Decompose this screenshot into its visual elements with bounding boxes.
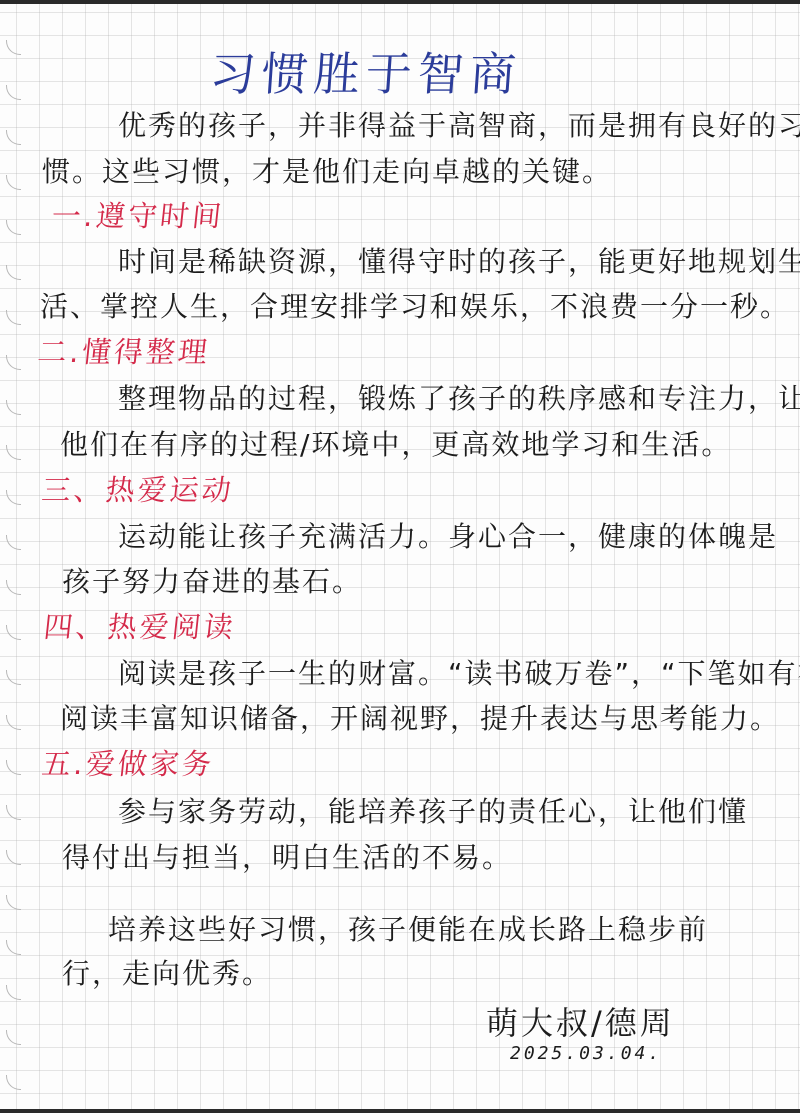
binder-ring-icon: [6, 670, 21, 685]
signature-date: 2025.03.04.: [510, 1043, 662, 1064]
binder-ring-icon: [6, 220, 21, 235]
binder-ring-icon: [6, 715, 21, 730]
binder-ring-icon: [6, 580, 21, 595]
binder-ring-icon: [6, 940, 21, 955]
binder-ring-icon: [6, 130, 21, 145]
bottom-edge-bar: [0, 1109, 800, 1113]
section-heading-5: 五.爱做家务: [40, 742, 217, 783]
binder-ring-icon: [6, 40, 21, 55]
conclusion-line-1: 培养这些好习惯，孩子便能在成长路上稳步前: [108, 908, 708, 948]
section-2-line-1: 整理物品的过程，锻炼了孩子的秩序感和专注力，让: [118, 377, 800, 417]
binder-ring-icon: [6, 400, 21, 415]
section-1-line-1: 时间是稀缺资源，懂得守时的孩子，能更好地规划生: [118, 240, 800, 280]
author-signature: 萌大叔/德周: [486, 998, 675, 1044]
intro-line-2: 惯。这些习惯，才是他们走向卓越的关键。: [42, 150, 612, 190]
section-2-line-2: 他们在有序的过程/环境中，更高效地学习和生活。: [60, 423, 731, 463]
section-3-line-2: 孩子努力奋进的基石。: [62, 560, 362, 600]
section-4-line-2: 阅读丰富知识储备，开阔视野，提升表达与思考能力。: [60, 697, 780, 737]
section-3-line-1: 运动能让孩子充满活力。身心合一，健康的体魄是: [118, 515, 778, 555]
binder-ring-icon: [6, 625, 21, 640]
binder-ring-icon: [6, 1030, 21, 1045]
binder-ring-icon: [6, 355, 21, 370]
binder-ring-icon: [6, 490, 21, 505]
conclusion-line-2: 行，走向优秀。: [62, 952, 272, 992]
section-5-line-2: 得付出与担当，明白生活的不易。: [62, 836, 512, 876]
section-1-line-2: 活、掌控人生，合理安排学习和娱乐，不浪费一分一秒。: [40, 285, 790, 325]
page-title: 习惯胜于智商: [208, 38, 525, 104]
section-heading-1: 一.遵守时间: [50, 194, 227, 235]
section-heading-2: 二.懂得整理: [36, 330, 213, 371]
intro-line-1: 优秀的孩子，并非得益于高智商，而是拥有良好的习: [118, 104, 800, 144]
binder-ring-icon: [6, 850, 21, 865]
binder-ring-icon: [6, 85, 21, 100]
binder-ring-icon: [6, 760, 21, 775]
binder-ring-icon: [6, 1075, 21, 1090]
binder-ring-icon: [6, 535, 21, 550]
binder-ring-icon: [6, 445, 21, 460]
binder-ring-icon: [6, 310, 21, 325]
section-4-line-1: 阅读是孩子一生的财富。“读书破万卷”，“下笔如有神”，: [118, 652, 800, 692]
binder-ring-icon: [6, 175, 21, 190]
section-heading-4: 四、热爱阅读: [42, 605, 238, 646]
binder-ring-icon: [6, 805, 21, 820]
binder-ring-icon: [6, 985, 21, 1000]
section-5-line-1: 参与家务劳动，能培养孩子的责任心，让他们懂: [118, 790, 748, 830]
binder-ring-icon: [6, 895, 21, 910]
section-heading-3: 三、热爱运动: [40, 468, 236, 509]
binder-ring-icon: [6, 265, 21, 280]
